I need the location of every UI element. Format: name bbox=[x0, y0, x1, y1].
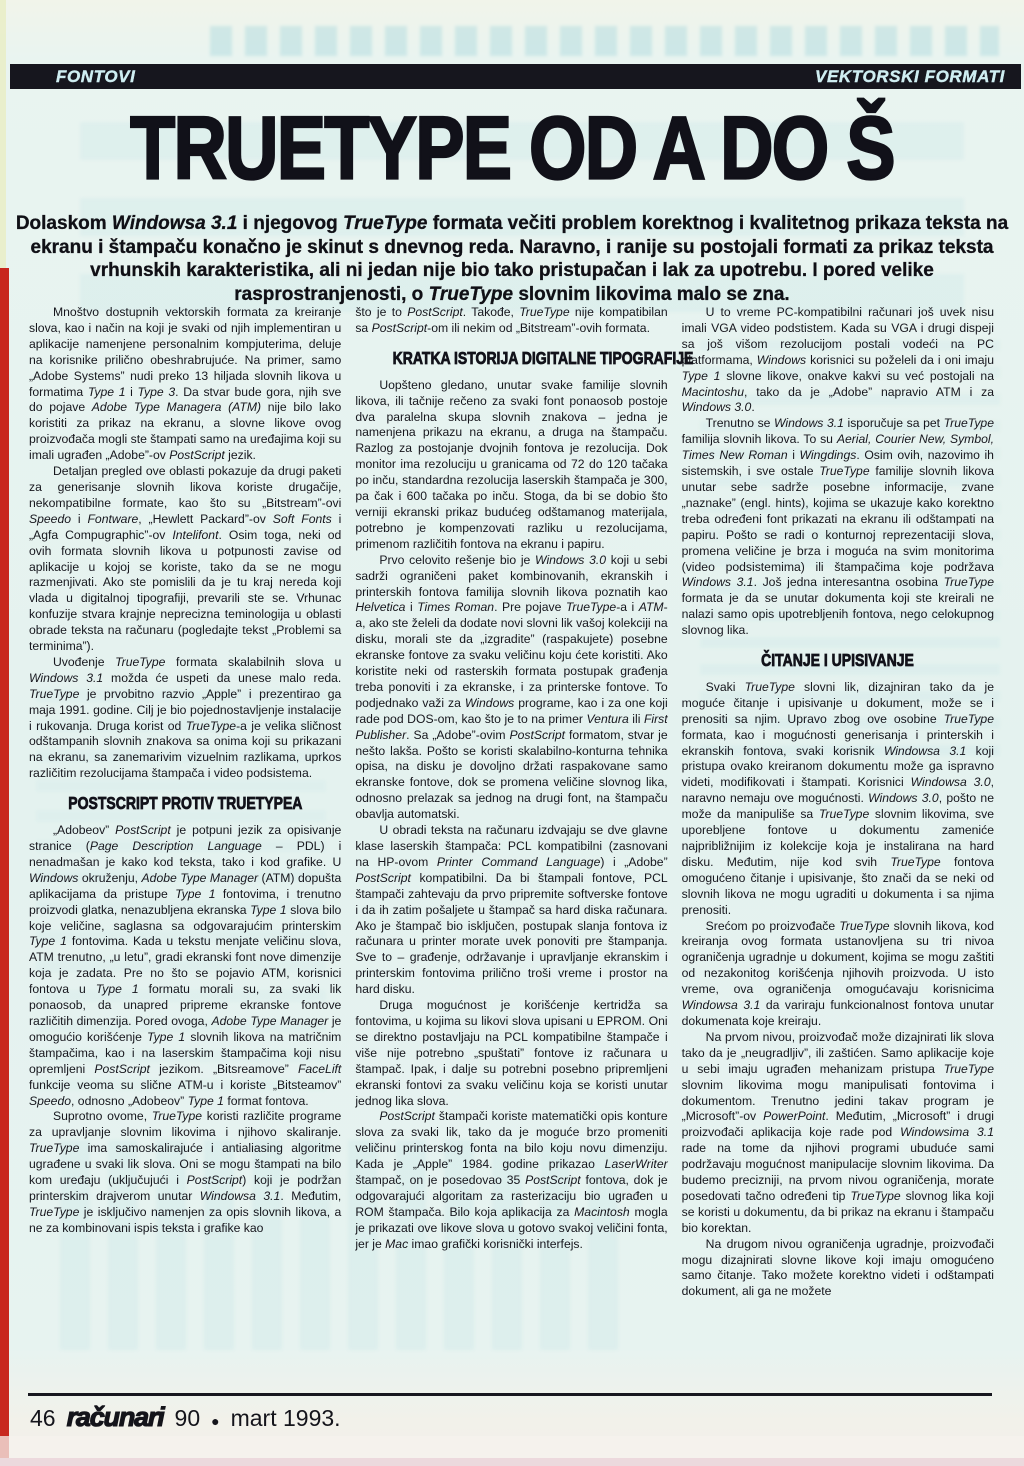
header-bar: FONTOVI VEKTORSKI FORMATI bbox=[10, 64, 1021, 89]
footer: 46 računari 90 ● mart 1993. bbox=[30, 1402, 341, 1433]
left-edge-red-strip bbox=[0, 268, 9, 1460]
footer-rule bbox=[28, 1393, 992, 1396]
article-paragraph: Svaki TrueType slovni lik, dizajniran ta… bbox=[682, 680, 994, 919]
article-paragraph: Uvođenje TrueType formata skalabilnih sl… bbox=[29, 655, 341, 782]
article-column-3: U to vreme PC-kompatibilni računari još … bbox=[682, 305, 994, 1389]
article-lead: Dolaskom Windowsa 3.1 i njegovog TrueTyp… bbox=[14, 212, 1010, 306]
kicker-right-label: VEKTORSKI FORMATI bbox=[815, 67, 1005, 87]
article-column-2: što je to PostScript. Takođe, TrueType n… bbox=[355, 305, 667, 1389]
footer-issue-number: 90 bbox=[175, 1405, 201, 1432]
article-paragraph: „Adobeov” PostScript je potpuni jezik za… bbox=[29, 823, 341, 1109]
footer-separator-bullet: ● bbox=[211, 1413, 219, 1429]
scan-bottom-edge-artifact bbox=[0, 1436, 1024, 1458]
section-heading: ČITANJE I UPISIVANJE bbox=[682, 653, 994, 671]
article-paragraph: PostScript štampači koriste matematički … bbox=[355, 1109, 667, 1252]
scan-bottom-edge-artifact bbox=[0, 1458, 1024, 1466]
article-paragraph: Prvo celovito rešenje bio je Windows 3.0… bbox=[355, 553, 667, 823]
article-paragraph: U obradi teksta na računaru izdvajaju se… bbox=[355, 823, 667, 998]
article-paragraph: što je to PostScript. Takođe, TrueType n… bbox=[355, 305, 667, 337]
article-paragraph: Suprotno ovome, TrueType koristi različi… bbox=[29, 1109, 341, 1236]
magazine-page: FONTOVI VEKTORSKI FORMATI TRUETYPE OD A … bbox=[0, 0, 1024, 1466]
section-heading: KRATKA ISTORIJA DIGITALNE TIPOGRAFIJE bbox=[355, 351, 667, 369]
article-paragraph: Na drugom nivou ograničenja ugradnje, pr… bbox=[682, 1237, 994, 1301]
article-paragraph: Uopšteno gledano, unutar svake familije … bbox=[355, 378, 667, 553]
article-paragraph: Trenutno se Windows 3.1 isporučuje sa pe… bbox=[682, 416, 994, 639]
article-paragraph: Srećom po proizvođače TrueType slovnih l… bbox=[682, 919, 994, 1030]
magazine-logo: računari bbox=[67, 1402, 164, 1433]
article-paragraph: Druga mogućnost je korišćenje kertridža … bbox=[355, 998, 667, 1109]
print-showthrough-artifact bbox=[210, 26, 999, 56]
footer-page-number: 46 bbox=[30, 1405, 56, 1432]
article-paragraph: U to vreme PC-kompatibilni računari još … bbox=[682, 305, 994, 416]
article-paragraph: Mnoštvo dostupnih vektorskih formata za … bbox=[29, 305, 341, 464]
article-column-1: Mnoštvo dostupnih vektorskih formata za … bbox=[29, 305, 341, 1389]
article-paragraph: Na prvom nivou, proizvođač može dizajnir… bbox=[682, 1030, 994, 1237]
kicker-left-label: FONTOVI bbox=[56, 67, 135, 87]
section-heading: POSTSCRIPT PROTIV TRUETYPEA bbox=[29, 796, 341, 814]
footer-date: mart 1993. bbox=[231, 1405, 341, 1432]
article-title: TRUETYPE OD A DO Š bbox=[130, 97, 894, 199]
article-columns: Mnoštvo dostupnih vektorskih formata za … bbox=[29, 305, 994, 1389]
title-row: TRUETYPE OD A DO Š bbox=[0, 97, 1024, 193]
article-paragraph: Detaljan pregled ove oblasti pokazuje da… bbox=[29, 464, 341, 655]
